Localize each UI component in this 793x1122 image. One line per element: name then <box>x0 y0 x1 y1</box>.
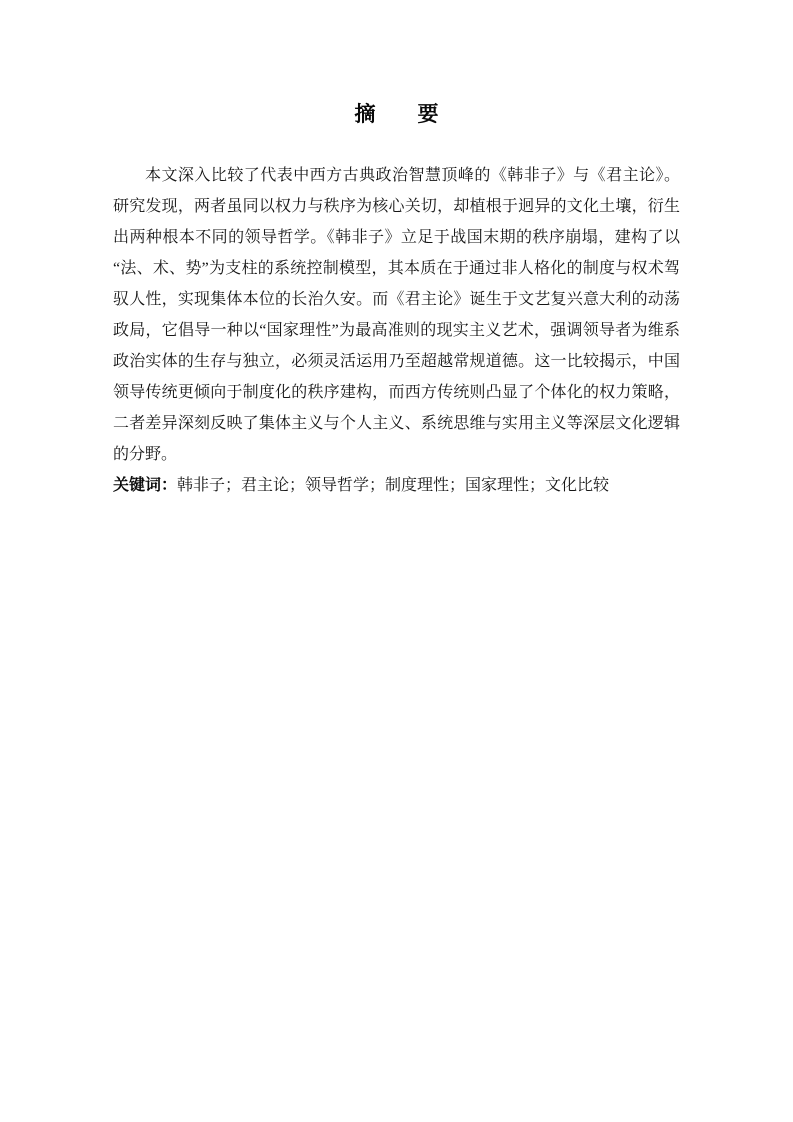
keywords-text: 韩非子；君主论；领导哲学；制度理性；国家理性；文化比较 <box>177 477 609 494</box>
abstract-paragraph: 本文深入比较了代表中西方古典政治智慧顶峰的《韩非子》与《君主论》。研究发现，两者… <box>113 160 680 470</box>
document-page: 摘 要 本文深入比较了代表中西方古典政治智慧顶峰的《韩非子》与《君主论》。研究发… <box>0 0 793 1122</box>
abstract-title: 摘 要 <box>113 98 680 131</box>
keywords-label: 关键词： <box>113 477 177 494</box>
keywords-line: 关键词：韩非子；君主论；领导哲学；制度理性；国家理性；文化比较 <box>113 470 680 501</box>
